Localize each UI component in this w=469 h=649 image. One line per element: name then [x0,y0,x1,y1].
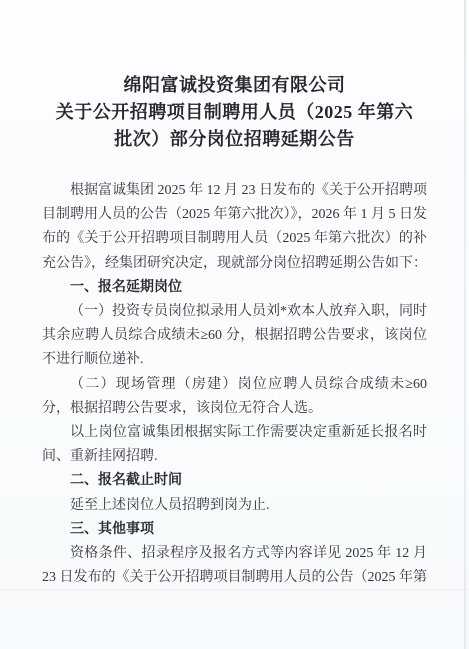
section-heading-1: 一、报名延期岗位 [42,276,427,300]
paragraph-item-1: （一）投资专员岗位拟录用人员刘*欢本人放弃入职，同时其余应聘人员综合成绩未≥60… [42,300,427,373]
section-heading-2: 二、报名截止时间 [42,469,427,493]
title-line-1: 绵阳富诚投资集团有限公司 [30,72,439,99]
scan-artifact-vertical-line [464,0,466,649]
title-line-3: 批次）部分岗位招聘延期公告 [30,126,439,153]
document-page: 绵阳富诚投资集团有限公司 关于公开招聘项目制聘用人员（2025 年第六 批次）部… [0,0,469,649]
paragraph-deadline: 延至上述岗位人员招聘到岗为止. [42,494,427,518]
document-body: 根据富诚集团 2025 年 12 月 23 日发布的《关于公开招聘项目制聘用人员… [42,179,427,590]
paragraph-intro: 根据富诚集团 2025 年 12 月 23 日发布的《关于公开招聘项目制聘用人员… [42,179,427,276]
scan-artifact-horizontal-line [0,589,469,590]
paragraph-other: 资格条件、招录程序及报名方式等内容详见 2025 年 12 月 23 日发布的《… [42,542,427,590]
title-line-2: 关于公开招聘项目制聘用人员（2025 年第六 [30,99,439,126]
paragraph-item-2: （二）现场管理（房建）岗位应聘人员综合成绩未≥60 分，根据招聘公告要求，该岗位… [42,373,427,421]
section-heading-3: 三、其他事项 [42,518,427,542]
document-title: 绵阳富诚投资集团有限公司 关于公开招聘项目制聘用人员（2025 年第六 批次）部… [30,72,439,153]
paragraph-summary: 以上岗位富诚集团根据实际工作需要决定重新延长报名时间、重新挂网招聘. [42,421,427,469]
